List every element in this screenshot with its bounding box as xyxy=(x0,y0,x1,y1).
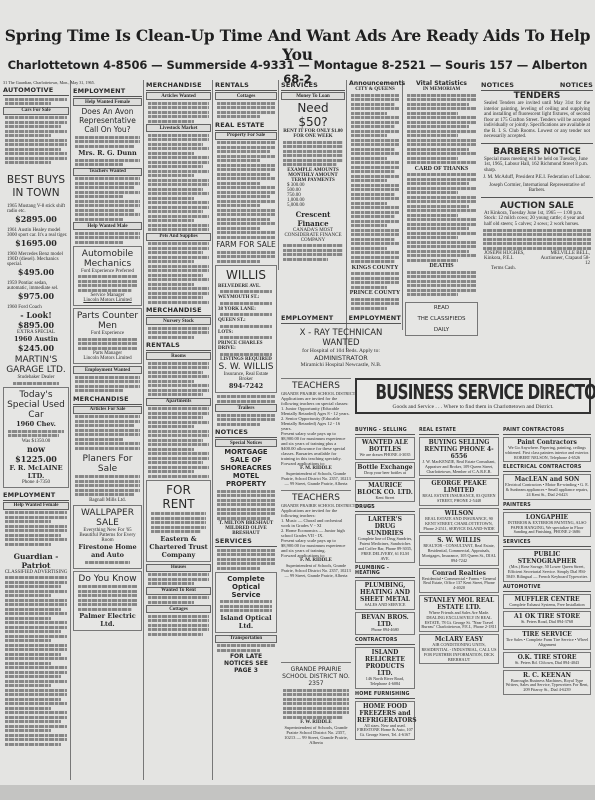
body-text-line xyxy=(148,138,209,141)
optical-service-ad: Complete Optical Service Island Optical … xyxy=(215,572,277,633)
body-text-line xyxy=(5,680,67,683)
directory-category-header: PLUMBING - HEATING xyxy=(355,565,415,578)
column-divider xyxy=(70,80,71,780)
body-text-line xyxy=(148,165,203,168)
directory-listing: BEVAN BROS. LTD.Phone 894-4680 xyxy=(355,612,415,635)
body-text-line xyxy=(407,143,476,146)
listing-details: J. W. MacKENZIE, Real Estate Consultant,… xyxy=(421,460,497,474)
listing-details: Complete Exhaust Systems, Free Installat… xyxy=(505,603,589,608)
body-text-line xyxy=(351,247,387,250)
directory-listing: PLUMBING, HEATING AND SHEET METALSALES A… xyxy=(355,580,415,610)
body-text-line xyxy=(148,384,209,387)
section-header-rentals: RENTALS xyxy=(215,80,277,91)
body-text-line xyxy=(148,215,209,218)
body-text-line xyxy=(407,103,469,106)
body-text-line xyxy=(407,250,469,253)
section-header-employment: EMPLOYMENT xyxy=(73,86,142,97)
body-text-line xyxy=(148,247,209,250)
xray-ad-block: EMPLOYMENT EMPLOYMENT X - RAY TECHNICAN … xyxy=(281,313,401,374)
listing-name: ISLAND RELICRETE PRODUCTS LTD. xyxy=(357,649,413,677)
listing-description: 1961 Austin Healey model 3000 sport car.… xyxy=(3,228,69,238)
directory-listing: BUYING SELLING RENTING PHONE 4-6556J. W.… xyxy=(419,437,499,476)
body-text-line xyxy=(5,675,61,678)
body-text-line xyxy=(351,103,395,106)
body-text-line xyxy=(351,215,395,218)
body-text-line xyxy=(5,576,67,579)
mortgage-sale-notice: MORTGAGE SALE OF SHOREACRES MOTEL PROPER… xyxy=(215,448,277,536)
body-text-line xyxy=(351,184,399,187)
teachers-ad: TEACHERSGRANDE PRAIRIE SCHOOL DISTRICT N… xyxy=(281,490,351,582)
body-text-line xyxy=(148,170,209,173)
directory-listing: LARTER'S DRUG SUNDRIESComplete line of D… xyxy=(355,514,415,563)
body-text-line xyxy=(5,657,67,660)
section-header-merchandise: MERCHANDISE xyxy=(146,80,211,91)
body-text-line xyxy=(5,711,67,714)
body-text-line xyxy=(75,195,123,198)
body-text-line xyxy=(217,150,270,153)
body-text-line xyxy=(351,197,399,200)
listing-details: (Mrs.) Rose Savage, 50 Lower Queen Stree… xyxy=(505,565,589,579)
directory-listing: WILSONREAL ESTATE AND INSURANCE, 90 KENT… xyxy=(419,508,499,533)
body-text-line xyxy=(148,179,209,182)
body-text-line xyxy=(5,639,51,642)
body-text-line xyxy=(351,242,399,245)
body-text-line xyxy=(148,301,209,304)
listing-details: We Go Anywhere. Papering, painting, ceil… xyxy=(505,446,589,460)
directory-listing: MAURICE BLOCK CO. LTD.Kent Street xyxy=(355,480,415,503)
listing-description: 1959 Pontiac sedan, automatic, immediate… xyxy=(3,281,69,291)
directory-listing: S. W. WILLISREALTOR - CONSULTANT, Real E… xyxy=(419,535,499,565)
body-text-line xyxy=(148,188,203,191)
body-text-line xyxy=(217,164,275,167)
newspaper-page: Spring Time Is Clean-Up Time And Want Ad… xyxy=(0,0,595,785)
body-text-line xyxy=(5,689,67,692)
street-heading: 38 YORK LANE: xyxy=(218,307,274,312)
body-text-line xyxy=(217,204,260,207)
body-text-line xyxy=(407,182,469,185)
body-text-line xyxy=(351,148,395,151)
body-text-line xyxy=(148,274,203,277)
body-text-line xyxy=(148,251,203,254)
todays-special-ad: Today's Special Used Car 1960 Chev. Was … xyxy=(3,387,69,488)
body-text-line xyxy=(5,644,67,647)
directory-category-header: SERVICES xyxy=(503,539,591,547)
body-text-line xyxy=(148,412,209,415)
directory-category-header: BUYING - SELLING xyxy=(355,427,415,435)
body-text-line xyxy=(351,175,399,178)
body-text-line xyxy=(217,231,275,234)
body-text-line xyxy=(5,725,67,728)
listing-details: 146 North River Road, Telephone 4-6084 xyxy=(357,677,413,687)
do-you-know-ad: Do You Know Palmer Electric Ltd. xyxy=(73,571,142,632)
body-text-line xyxy=(75,204,140,207)
body-text-line xyxy=(75,209,134,212)
body-text-line xyxy=(220,353,272,356)
listing-price: $1695.00 xyxy=(3,238,69,248)
body-text-line xyxy=(75,186,134,189)
body-text-line xyxy=(407,241,476,244)
listing-details: Complete line of Drug Sundries, Patent M… xyxy=(357,537,413,561)
directory-category-header: AUTOMOTIVE xyxy=(503,584,591,592)
body-text-line xyxy=(351,94,399,97)
street-heading: PRINCE CHARLES DRIVE: xyxy=(218,341,274,351)
ad-intro: Applications are invited for the followi… xyxy=(281,396,351,406)
column-rentals-realestate: RENTALS Cottages REAL ESTATE Property Fo… xyxy=(215,80,277,674)
listing-name: WANTED ALE BOTTLES xyxy=(357,439,413,453)
body-text-line xyxy=(407,130,476,133)
body-text-line xyxy=(148,201,209,204)
barbers-notice-title: BARBERS NOTICE xyxy=(481,147,593,157)
section-header-services: SERVICES xyxy=(281,80,345,91)
body-text-line xyxy=(5,608,61,611)
directory-listing: WANTED ALE BOTTLESWe are drawn PHONE 4-3… xyxy=(355,437,415,460)
directory-listing: ISLAND RELICRETE PRODUCTS LTD.146 North … xyxy=(355,647,415,689)
directory-column-c: PAINT CONTRACTORSPaint ContractorsWe Go … xyxy=(503,425,591,697)
body-text-line xyxy=(148,161,209,164)
ad-item: 1. Music — Choral and orchestral work in… xyxy=(281,518,351,528)
directory-category-header: PAINT CONTRACTORS xyxy=(503,427,591,435)
body-text-line xyxy=(351,170,395,173)
body-text-line xyxy=(351,121,399,124)
contact-address: Superintendent of Schools, Grande Prairi… xyxy=(281,563,351,578)
body-text-line xyxy=(148,416,203,419)
street-heading: BELVEDERE AVE. xyxy=(218,284,274,289)
body-text-line xyxy=(5,617,51,620)
directory-category-header: PAINTERS xyxy=(503,502,591,510)
body-text-line xyxy=(5,702,67,705)
body-text-line xyxy=(217,222,275,225)
body-text-line xyxy=(351,130,399,133)
section-header-real-estate: REAL ESTATE xyxy=(215,120,277,131)
body-text-line xyxy=(148,475,209,478)
body-text-line xyxy=(148,375,209,378)
planers-ad: Planers For Sale Bagnall Mills Ltd. xyxy=(73,454,142,503)
body-text-line xyxy=(148,174,194,177)
teachers-ads: TEACHERSGRANDE PRAIRIE SCHOOL DISTRICT N… xyxy=(281,378,351,582)
listing-name: PUBLIC STENOGRAPHER xyxy=(505,551,589,565)
body-text-line xyxy=(351,179,387,182)
loan-ad: Need $50? RENT IT FOR ONLY $1.00 FOR ONE… xyxy=(281,101,345,261)
wallpaper-sale-ad: WALLPAPER SALE Everything New For '65 Be… xyxy=(73,505,142,569)
body-text-line xyxy=(148,389,209,392)
body-text-line xyxy=(5,684,51,687)
listing-details: REAL ESTATE INSURANCE, 83 QUEEN STREET, … xyxy=(421,494,497,504)
body-text-line xyxy=(407,205,469,208)
directory-listing: McLARY EASYAIR CONDITIONING UNITS, RESID… xyxy=(419,634,499,664)
directory-listing: A1 OK TIRE STORESt. Peters Road, Dial 89… xyxy=(503,611,591,627)
teachers-ad: TEACHERSGRANDE PRAIRIE SCHOOL DISTRICT N… xyxy=(281,378,351,490)
body-text-line xyxy=(75,191,140,194)
body-text-line xyxy=(75,218,123,221)
directory-listing: HOME FOOD FREEZERS and REFRIGERATORSAll … xyxy=(355,701,415,740)
street-heading: WEYMOUTH ST.: xyxy=(218,295,274,300)
body-text-line xyxy=(148,147,209,150)
teachers-title: TEACHERS xyxy=(281,381,351,391)
body-text-line xyxy=(148,224,209,227)
body-text-line xyxy=(148,287,209,290)
listing-details: Kent Street xyxy=(357,496,413,501)
body-text-line xyxy=(407,107,476,110)
section-header-merchandise-2: MERCHANDISE xyxy=(146,305,211,316)
tenders-title: TENDERS xyxy=(481,91,593,101)
body-text-line xyxy=(75,177,140,180)
body-text-line xyxy=(5,729,51,732)
body-text-line xyxy=(217,173,270,176)
speaker: J. M. McAduff, President P.E.I. Federati… xyxy=(481,175,593,181)
body-text-line xyxy=(148,134,209,137)
body-text-line xyxy=(148,260,194,263)
listing-price: - Look! $895.00 xyxy=(3,310,69,330)
body-text-line xyxy=(148,466,209,469)
body-text-line xyxy=(217,191,275,194)
body-text-line xyxy=(407,134,458,137)
body-text-line xyxy=(5,693,67,696)
body-text-line xyxy=(148,183,209,186)
business-service-directory-banner: BUSINESS SERVICE DIRECTORY Goods and Ser… xyxy=(355,378,591,414)
directory-listing: Bottle ExchangeDrop your beer bottles at xyxy=(355,462,415,478)
body-text-line xyxy=(148,296,203,299)
listing-details: INTERIOR & EXTERIOR PAINTING, ALSO PAPER… xyxy=(505,521,589,535)
body-text-line xyxy=(148,283,194,286)
body-text-line xyxy=(5,720,61,723)
ad-item: 2. Home Economics — Junior high school G… xyxy=(281,528,351,538)
directory-category-header: CONTRACTORS xyxy=(355,637,415,645)
salary-text: Present salary scale pays up to $8,900.0… xyxy=(281,538,351,553)
body-text-line xyxy=(5,626,67,629)
auction-sale-title: AUCTION SALE xyxy=(481,201,593,211)
body-text-line xyxy=(5,698,61,701)
directory-listing: LONGAPHIEINTERIOR & EXTERIOR PAINTING, A… xyxy=(503,512,591,537)
body-text-line xyxy=(351,161,399,164)
column-merchandise: MERCHANDISE Articles Wanted Livestock Ma… xyxy=(146,80,211,637)
body-text-line xyxy=(351,98,399,101)
body-text-line xyxy=(351,206,399,209)
directory-listing: MUFFLER CENTREComplete Exhaust Systems, … xyxy=(503,594,591,610)
body-text-line xyxy=(5,594,51,597)
body-text-line xyxy=(407,161,476,164)
body-text-line xyxy=(351,238,395,241)
directory-listing: GEORGE PEAKE LIMITEDREAL ESTATE INSURANC… xyxy=(419,478,499,506)
body-text-line xyxy=(5,630,61,633)
listing-details: REALTOR - CONSULTANT, Real Estate, Resid… xyxy=(421,544,497,563)
body-text-line xyxy=(5,653,61,656)
body-text-line xyxy=(407,227,469,230)
body-text-line xyxy=(148,430,209,433)
directory-title: BUSINESS SERVICE DIRECTORY xyxy=(376,380,571,404)
directory-listing: TIRE SERVICETire Sales • Complete Farm T… xyxy=(503,629,591,650)
section-header-announcements: Announcements xyxy=(349,80,401,87)
body-text-line xyxy=(148,265,209,268)
body-text-line xyxy=(220,336,272,339)
directory-category-header: HOME FURNISHING xyxy=(355,691,415,699)
body-text-line xyxy=(220,325,272,328)
listing-price: $975.00 xyxy=(3,291,69,301)
column-announcements: Announcements CITY & QUEENS KINGS COUNTY… xyxy=(349,80,401,311)
column-divider xyxy=(346,80,347,350)
body-text-line xyxy=(407,121,476,124)
section-header-notices: NOTICES NOTICES xyxy=(481,80,593,91)
body-text-line xyxy=(217,146,275,149)
listing-details: Electrical Contractors • Motor Re-windin… xyxy=(505,483,589,497)
body-text-line xyxy=(148,457,209,460)
listing-details: All sizes. New and used. FIRESTONE Home … xyxy=(357,724,413,738)
body-text-line xyxy=(407,125,469,128)
body-text-line xyxy=(148,470,194,473)
section-header-vital-statistics: Vital Statistics xyxy=(405,80,478,87)
body-text-line xyxy=(148,371,203,374)
body-text-line xyxy=(5,662,51,665)
body-text-line xyxy=(5,716,67,719)
body-text-line xyxy=(148,439,203,442)
column-automotive: 31 The Guardian, Charlottetown, Mon., Ma… xyxy=(3,80,69,747)
section-header-automotive: AUTOMOTIVE xyxy=(3,85,69,96)
body-text-line xyxy=(407,232,476,235)
street-heading: LOTS: xyxy=(218,330,274,335)
column-vital-statistics: Vital Statistics IN MEMORIAM CARD OF THA… xyxy=(405,80,478,338)
column-divider xyxy=(212,80,213,780)
body-text-line xyxy=(148,269,209,272)
body-text-line xyxy=(5,648,67,651)
body-text-line xyxy=(5,743,61,746)
listing-details: St. Peters Rd. Ch'town, Dial 894-4043 xyxy=(505,661,589,666)
section-header-employment: EMPLOYMENT xyxy=(3,490,69,501)
directory-column-b: REAL ESTATEBUYING SELLING RENTING PHONE … xyxy=(419,425,499,666)
listing-name: STANLEY MOL REAL ESTATE LTD. xyxy=(421,597,497,611)
directory-column-a: BUYING - SELLINGWANTED ALE BOTTLESWe are… xyxy=(355,425,415,742)
body-text-line xyxy=(351,134,387,137)
page-bottom-edge xyxy=(0,785,595,800)
body-text-line xyxy=(351,256,399,259)
body-text-line xyxy=(407,191,458,194)
section-header-rentals: RENTALS xyxy=(146,340,211,351)
listing-name: LARTER'S DRUG SUNDRIES xyxy=(357,516,413,537)
body-text-line xyxy=(217,168,275,171)
section-header-services: SERVICES xyxy=(215,536,277,547)
xray-title: X - RAY TECHNICAN WANTED xyxy=(281,328,401,348)
body-text-line xyxy=(5,581,67,584)
body-text-line xyxy=(75,182,140,185)
body-text-line xyxy=(148,228,209,231)
body-text-line xyxy=(351,211,399,214)
body-text-line xyxy=(148,425,194,428)
body-text-line xyxy=(217,186,275,189)
body-text-line xyxy=(148,192,209,195)
body-text-line xyxy=(217,209,275,212)
column-notices: NOTICES NOTICES TENDERS Sealed Tenders a… xyxy=(481,80,593,271)
listing-name: PLUMBING, HEATING AND SHEET METAL xyxy=(357,582,413,603)
body-text-line xyxy=(407,173,476,176)
parts-counter-ad: Parts Counter Men Ford Experience Parts … xyxy=(73,308,142,364)
loan-amount: 5,000.00 xyxy=(281,203,345,208)
body-text-line xyxy=(407,187,476,190)
column-employment: EMPLOYMENT Help Wanted Female Does An Av… xyxy=(73,80,142,633)
section-header-notices: NOTICES xyxy=(215,427,277,438)
listing-name: MAURICE BLOCK CO. LTD. xyxy=(357,482,413,496)
listing-details: Phone 894-4680 xyxy=(357,628,413,633)
body-text-line xyxy=(5,590,67,593)
street-heading: QUEEN ST.: xyxy=(218,318,274,323)
body-text-line xyxy=(148,278,209,281)
body-text-line xyxy=(5,599,67,602)
body-text-line xyxy=(5,707,51,710)
body-text-line xyxy=(220,302,272,305)
directory-category-header: DRUGS xyxy=(355,504,415,512)
column-divider xyxy=(278,80,279,270)
body-text-line xyxy=(351,152,399,155)
body-text-line xyxy=(351,224,387,227)
body-text-line xyxy=(407,94,476,97)
body-text-line xyxy=(148,366,209,369)
body-text-line xyxy=(75,200,140,203)
listing-details: REAL ESTATE AND INSURANCE, 90 KENT STREE… xyxy=(421,517,497,531)
body-text-line xyxy=(407,157,458,160)
farm-for-sale-ad: FARM FOR SALE xyxy=(215,240,277,263)
directory-listing: PUBLIC STENOGRAPHER(Mrs.) Rose Savage, 5… xyxy=(503,549,591,581)
listing-name: HOME FOOD FREEZERS and REFRIGERATORS xyxy=(357,703,413,724)
salary-text: Present salary scale pays up to $8,900.0… xyxy=(281,431,351,461)
body-text-line xyxy=(407,152,476,155)
listing-description: 1960 Mercedes Benz model 190D (diesel). … xyxy=(3,252,69,267)
body-text-line xyxy=(217,195,270,198)
column-services: SERVICES Money To Loan Need $50? RENT IT… xyxy=(281,80,345,262)
body-text-line xyxy=(148,143,203,146)
body-text-line xyxy=(351,107,399,110)
body-text-line xyxy=(407,98,476,101)
body-text-line xyxy=(407,259,458,262)
body-text-line xyxy=(351,166,399,169)
body-text-line xyxy=(407,223,476,226)
listing-details: Where Friends and Sales Are Made. DEALIN… xyxy=(421,611,497,630)
body-text-line xyxy=(148,448,194,451)
body-text-line xyxy=(407,148,469,151)
directory-category-header: ELECTRICAL CONTRACTORS xyxy=(503,464,591,472)
body-text-line xyxy=(148,219,194,222)
body-text-line xyxy=(351,193,395,196)
ad-item: 2. Senior Opportunity (Educable Mentally… xyxy=(281,416,351,431)
body-text-line xyxy=(148,242,209,245)
body-text-line xyxy=(5,621,67,624)
listing-details: Drop your beer bottles at xyxy=(357,471,413,476)
tenders-text: Sealed Tenders are invited until May 31s… xyxy=(481,101,593,140)
body-text-line xyxy=(407,214,458,217)
listing-name: BUYING SELLING RENTING PHONE 4-6556 xyxy=(421,439,497,460)
directory-listing: Conrad RealtiesResidential • Commercial … xyxy=(419,568,499,593)
read-the-classifieds-box: READ THE CLASSIFIEDS DAILY xyxy=(405,302,478,336)
body-text-line xyxy=(407,196,476,199)
body-text-line xyxy=(217,227,260,230)
listing-details: Burroughs Business Machines, Royal Type … xyxy=(505,679,589,693)
body-text-line xyxy=(407,116,476,119)
body-text-line xyxy=(351,233,399,236)
listing-details: Residential • Commercial • Farms • Gener… xyxy=(421,577,497,591)
body-text-line xyxy=(148,421,209,424)
listing-details: St. Peters Road, Dial 894-3768 xyxy=(505,620,589,625)
listing-details: SALES AND SERVICE xyxy=(357,603,413,608)
body-text-line xyxy=(148,210,203,213)
body-text-line xyxy=(351,143,399,146)
body-text-line xyxy=(217,182,260,185)
body-text-line xyxy=(220,313,272,316)
body-text-line xyxy=(148,443,209,446)
body-text-line xyxy=(148,152,194,155)
grande-prairie-ad: GRANDE PRAIRIE SCHOOL DISTRICT NO. 2357 … xyxy=(281,662,351,745)
body-text-line xyxy=(148,362,209,365)
body-text-line xyxy=(351,229,399,232)
body-text-line xyxy=(351,220,399,223)
body-text-line xyxy=(351,260,395,263)
body-text-line xyxy=(351,112,387,115)
body-text-line xyxy=(351,157,387,160)
